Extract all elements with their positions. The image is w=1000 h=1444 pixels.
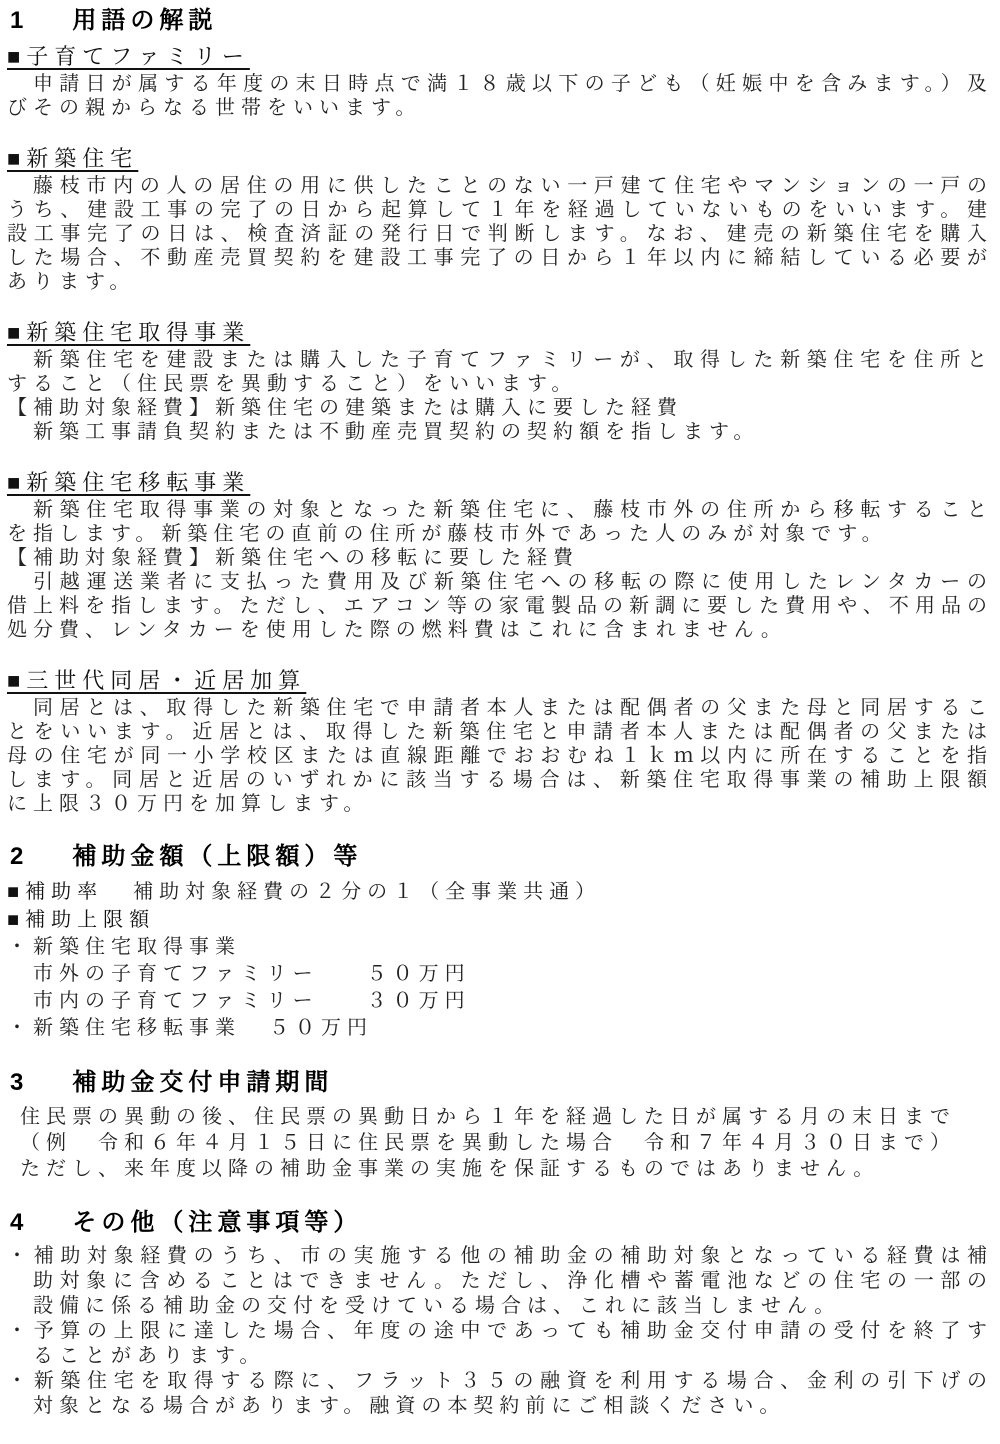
bullet-marker: ・ xyxy=(7,1320,34,1342)
bullet-marker: ・ xyxy=(7,1245,34,1267)
cap-row-relocation: ・新築住宅移転事業５０万円 xyxy=(7,1015,993,1042)
note-text: 予算の上限に達した場合、年度の途中であっても補助金交付申請の受付を終了することが… xyxy=(33,1320,993,1367)
cap-row-amount: ５０万円 xyxy=(269,1017,373,1039)
term-new-house: ■新築住宅 藤枝市内の人の居住の用に供したことのない一戸建て住宅やマンションの一… xyxy=(7,144,993,294)
bullet-marker: ・ xyxy=(7,934,33,961)
note-text: 新築住宅を取得する際に、フラット３５の融資を利用する場合、金利の引下げの対象とな… xyxy=(33,1370,993,1417)
period-example-line: （例 令和６年４月１５日に住民票を異動した場合 令和７年４月３０日まで） xyxy=(7,1130,993,1156)
cap-row-amount: ３０万円 xyxy=(367,990,471,1012)
eligible-expense-line: 【補助対象経費】新築住宅への移転に要した経費 xyxy=(7,546,993,570)
section-title: 補助金額（上限額）等 xyxy=(72,843,362,870)
period-line: 住民票の異動の後、住民票の異動日から１年を経過した日が属する月の末日まで xyxy=(7,1104,993,1130)
cap-row-acquisition: ・新築住宅取得事業 xyxy=(7,934,993,961)
term-definition: 申請日が属する年度の末日時点で満１８歳以下の子ども（妊娠中を含みます。）及びその… xyxy=(7,72,993,120)
cap-row-label: 新築住宅移転事業 xyxy=(33,1017,241,1039)
section-subsidy-amount: 2補助金額（上限額）等 ■補助率補助対象経費の２分の１（全事業共通） ■補助上限… xyxy=(7,842,993,1042)
term-definition: 同居とは、取得した新築住宅で申請者本人または配偶者の父また母と同居することをいい… xyxy=(7,696,993,816)
note-budget-limit: ・予算の上限に達した場合、年度の途中であっても補助金交付申請の受付を終了すること… xyxy=(7,1319,993,1369)
expense-detail: 新築工事請負契約または不動産売買契約の契約額を指します。 xyxy=(7,420,993,444)
term-definition: 新築住宅取得事業の対象となった新築住宅に、藤枝市外の住所から移転することを指しま… xyxy=(7,498,993,546)
section-number: 2 xyxy=(10,842,28,872)
eligible-expense-line: 【補助対象経費】新築住宅の建築または購入に要した経費 xyxy=(7,396,993,420)
bullet-marker: ・ xyxy=(7,1015,33,1042)
term-heading: ■子育てファミリー xyxy=(7,42,993,72)
document-page: 1用語の解説 ■子育てファミリー 申請日が属する年度の末日時点で満１８歳以下の子… xyxy=(0,0,1000,1444)
bullet-marker: ・ xyxy=(7,1370,34,1392)
cap-row-outside-city: 市外の子育てファミリー５０万円 xyxy=(7,961,993,988)
cap-row-inside-city: 市内の子育てファミリー３０万円 xyxy=(7,988,993,1015)
section-number: 3 xyxy=(10,1068,28,1098)
section-title: 用語の解説 xyxy=(72,7,217,34)
section-heading: 4その他（注意事項等） xyxy=(7,1208,993,1238)
section-title: 補助金交付申請期間 xyxy=(72,1069,333,1096)
section-number: 1 xyxy=(10,6,28,36)
section-other-notes: 4その他（注意事項等） ・補助対象経費のうち、市の実施する他の補助金の補助対象と… xyxy=(7,1208,993,1419)
note-text: 補助対象経費のうち、市の実施する他の補助金の補助対象となっている経費は補助対象に… xyxy=(33,1245,993,1317)
cap-row-label: 市外の子育てファミリー xyxy=(33,963,319,985)
cap-row-label: 市内の子育てファミリー xyxy=(33,990,319,1012)
subsidy-rate-value: 補助対象経費の２分の１（全事業共通） xyxy=(133,881,601,903)
term-definition: 新築住宅を建設または購入した子育てファミリーが、取得した新築住宅を住所とすること… xyxy=(7,348,993,396)
section-application-period: 3補助金交付申請期間 住民票の異動の後、住民票の異動日から１年を経過した日が属す… xyxy=(7,1068,993,1182)
term-heading: ■新築住宅取得事業 xyxy=(7,318,993,348)
term-child-rearing-family: ■子育てファミリー 申請日が属する年度の末日時点で満１８歳以下の子ども（妊娠中を… xyxy=(7,42,993,120)
cap-row-label: 新築住宅取得事業 xyxy=(33,936,241,958)
note-flat35-loan: ・新築住宅を取得する際に、フラット３５の融資を利用する場合、金利の引下げの対象と… xyxy=(7,1369,993,1419)
section-heading: 1用語の解説 xyxy=(7,6,993,36)
expense-detail: 引越運送業者に支払った費用及び新築住宅への移転の際に使用したレンタカーの借上料を… xyxy=(7,570,993,642)
subsidy-rate-line: ■補助率補助対象経費の２分の１（全事業共通） xyxy=(7,878,993,906)
subsidy-rate-label: ■補助率 xyxy=(7,881,103,903)
period-caveat-line: ただし、来年度以降の補助金事業の実施を保証するものではありません。 xyxy=(7,1156,993,1182)
term-definition: 藤枝市内の人の居住の用に供したことのない一戸建て住宅やマンションの一戸のうち、建… xyxy=(7,174,993,294)
term-heading: ■三世代同居・近居加算 xyxy=(7,666,993,696)
term-multigeneration-bonus: ■三世代同居・近居加算 同居とは、取得した新築住宅で申請者本人または配偶者の父ま… xyxy=(7,666,993,816)
section-number: 4 xyxy=(10,1208,28,1238)
cap-row-amount: ５０万円 xyxy=(367,963,471,985)
section-title: その他（注意事項等） xyxy=(72,1209,362,1236)
note-overlapping-subsidy: ・補助対象経費のうち、市の実施する他の補助金の補助対象となっている経費は補助対象… xyxy=(7,1244,993,1319)
section-heading: 2補助金額（上限額）等 xyxy=(7,842,993,872)
section-heading: 3補助金交付申請期間 xyxy=(7,1068,993,1098)
term-new-house-acquisition: ■新築住宅取得事業 新築住宅を建設または購入した子育てファミリーが、取得した新築… xyxy=(7,318,993,444)
section-glossary: 1用語の解説 ■子育てファミリー 申請日が属する年度の末日時点で満１８歳以下の子… xyxy=(7,6,993,816)
term-heading: ■新築住宅移転事業 xyxy=(7,468,993,498)
term-new-house-relocation: ■新築住宅移転事業 新築住宅取得事業の対象となった新築住宅に、藤枝市外の住所から… xyxy=(7,468,993,642)
term-heading: ■新築住宅 xyxy=(7,144,993,174)
subsidy-cap-label: ■補助上限額 xyxy=(7,906,993,934)
